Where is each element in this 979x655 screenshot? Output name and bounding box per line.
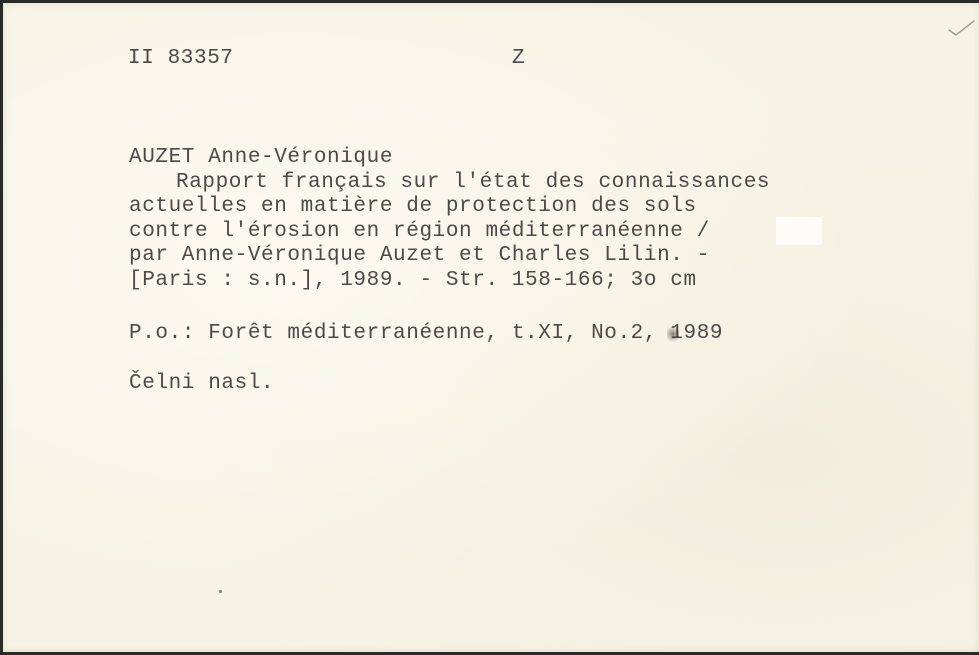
ink-overstrike	[667, 325, 679, 343]
title-line-2: actuelles en matière de protection des s…	[129, 195, 770, 220]
title-line-1: Rapport français sur l'état des connaiss…	[129, 171, 770, 196]
call-number: II 83357	[128, 46, 234, 71]
publication-line: [Paris : s.n.], 1989. - Str. 158-166; 3o…	[129, 269, 770, 294]
location-code: Z	[512, 46, 525, 71]
correction-whiteout	[776, 217, 822, 245]
checkmark-icon	[945, 17, 977, 39]
responsibility-line: par Anne-Véronique Auzet et Charles Lili…	[129, 244, 770, 269]
title-source-note: Čelni nasl.	[129, 371, 274, 396]
catalog-card: II 83357 Z AUZET Anne-Véronique Rapport …	[3, 3, 979, 652]
bibliographic-entry: AUZET Anne-Véronique Rapport français su…	[129, 146, 770, 294]
paper-speck	[219, 590, 222, 593]
author-heading: AUZET Anne-Véronique	[129, 146, 770, 171]
title-line-3: contre l'érosion en région méditerranéen…	[129, 220, 770, 245]
source-note: P.o.: Forêt méditerranéenne, t.XI, No.2,…	[129, 321, 723, 346]
